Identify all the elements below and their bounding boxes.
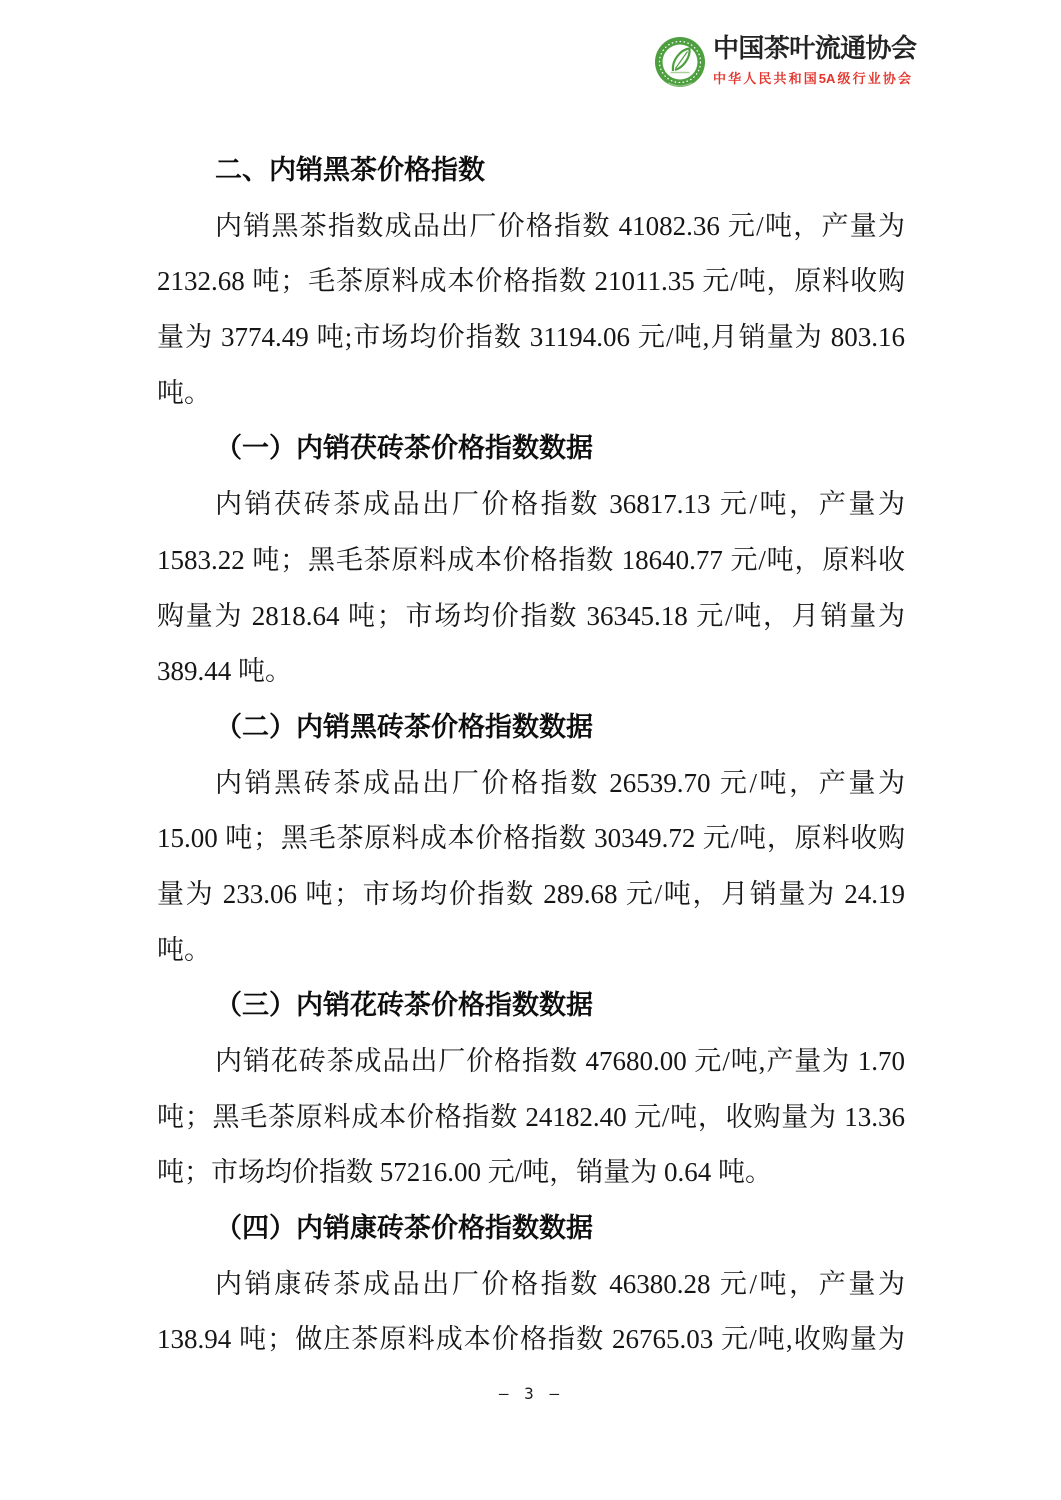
- body-line: 15.00 吨；黑毛茶原料成本价格指数 30349.72 元/吨，原料收购: [157, 811, 905, 867]
- body-line: 吨；市场均价指数 57216.00 元/吨，销量为 0.64 吨。: [157, 1145, 905, 1201]
- body-line: 量为 233.06 吨；市场均价指数 289.68 元/吨，月销量为 24.19: [157, 867, 905, 923]
- page-number: — 3 —: [0, 1384, 1061, 1403]
- body-line: 2132.68 吨；毛茶原料成本价格指数 21011.35 元/吨，原料收购: [157, 254, 905, 310]
- body-line: 内销黑茶指数成品出厂价格指数 41082.36 元/吨，产量为: [157, 199, 905, 255]
- body-line: 量为 3774.49 吨;市场均价指数 31194.06 元/吨,月销量为 80…: [157, 310, 905, 366]
- section-heading: 二、内销黑茶价格指数: [157, 143, 905, 199]
- body-line: 内销花砖茶成品出厂价格指数 47680.00 元/吨,产量为 1.70: [157, 1034, 905, 1090]
- body-line: 吨；黑毛茶原料成本价格指数 24182.40 元/吨，收购量为 13.36: [157, 1090, 905, 1146]
- body-line: 吨。: [157, 366, 905, 422]
- document-body: 二、内销黑茶价格指数 内销黑茶指数成品出厂价格指数 41082.36 元/吨，产…: [157, 143, 905, 1368]
- org-subtitle: 中华人民共和国5A级行业协会: [713, 68, 911, 87]
- body-line: 内销茯砖茶成品出厂价格指数 36817.13 元/吨，产量为: [157, 477, 905, 533]
- section-heading: （二）内销黑砖茶价格指数数据: [157, 700, 905, 756]
- org-name: 中国茶叶流通协会: [713, 32, 916, 66]
- body-line: 内销康砖茶成品出厂价格指数 46380.28 元/吨，产量为: [157, 1257, 905, 1313]
- body-line: 吨。: [157, 923, 905, 979]
- section-heading: （四）内销康砖茶价格指数数据: [157, 1201, 905, 1257]
- org-logo-header: 中国茶叶流通协会 中华人民共和国5A级行业协会: [654, 32, 916, 90]
- body-line: 1583.22 吨；黑毛茶原料成本价格指数 18640.77 元/吨，原料收: [157, 533, 905, 589]
- body-line: 389.44 吨。: [157, 644, 905, 700]
- body-line: 内销黑砖茶成品出厂价格指数 26539.70 元/吨，产量为: [157, 756, 905, 812]
- body-line: 138.94 吨；做庄茶原料成本价格指数 26765.03 元/吨,收购量为: [157, 1312, 905, 1368]
- section-heading: （三）内销花砖茶价格指数数据: [157, 978, 905, 1034]
- document-page: 中国茶叶流通协会 中华人民共和国5A级行业协会 二、内销黑茶价格指数 内销黑茶指…: [0, 0, 1061, 1500]
- section-heading: （一）内销茯砖茶价格指数数据: [157, 421, 905, 477]
- body-line: 购量为 2818.64 吨；市场均价指数 36345.18 元/吨，月销量为: [157, 589, 905, 645]
- tea-leaf-badge-icon: [654, 36, 706, 90]
- org-logo-text: 中国茶叶流通协会 中华人民共和国5A级行业协会: [713, 32, 916, 87]
